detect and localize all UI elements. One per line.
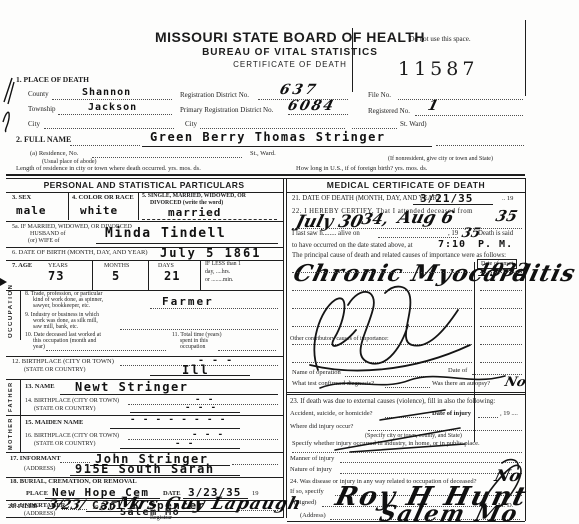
sex-value: male	[16, 205, 47, 216]
personal-particulars-header: PERSONAL AND STATISTICAL PARTICULARS	[8, 181, 280, 190]
file-no-label: File No.	[368, 92, 391, 99]
address-label: (Address)	[300, 513, 326, 520]
informant-address-value: 915E South Sarah	[75, 463, 215, 475]
death-certificate-scan: MISSOURI STATE BOARD OF HEALTH BUREAU OF…	[0, 0, 579, 524]
filed-year-value: 35	[99, 500, 119, 512]
marital-value: married	[168, 207, 221, 218]
registered-no-label: Registered No.	[368, 108, 410, 115]
birthplace-label: 12. BIRTHPLACE (CITY OR TOWN)	[12, 359, 114, 366]
father-name-label: 13. NAME	[25, 384, 55, 391]
nature-of-injury-label: Nature of injury	[290, 467, 332, 474]
registration-district-label: Registration District No.	[180, 92, 249, 99]
date-of-birth-value: July 5 1861	[160, 247, 261, 259]
age-days-value: 21	[164, 270, 180, 282]
place-of-death-section-label: 1. PLACE OF DEATH	[16, 76, 89, 84]
occupation-8-line3: sawyer, bookkeeper, etc.	[33, 304, 90, 310]
mother-birthplace-sub: (STATE OR COUNTRY)	[34, 441, 96, 447]
registrar-label: Registrar	[150, 515, 172, 521]
margin-arrow	[0, 278, 7, 286]
residence-label: (a) Residence, No.	[30, 151, 78, 158]
illegible-handwriting-line	[310, 368, 510, 394]
filed-label: 20. FILED	[8, 504, 38, 511]
signed-label: (Signed)	[294, 500, 316, 507]
filed-year-printed: 19	[92, 505, 99, 512]
primary-registration-value: 6084	[286, 99, 336, 113]
occupation-side-label: OCCUPATION	[8, 292, 14, 338]
form-subtitle-bureau: BUREAU OF VITAL STATISTICS	[140, 48, 440, 58]
birthplace-sub-label: (STATE OR COUNTRY)	[24, 367, 86, 373]
father-name-value: Newt Stringer	[75, 381, 188, 393]
do-not-use-label: Do not use this space.	[360, 36, 520, 43]
form-subtitle-certificate: CERTIFICATE OF DEATH	[140, 61, 440, 69]
signature-flourish	[440, 455, 530, 515]
color-race-label: 4. COLOR OR RACE	[72, 195, 134, 202]
right-box-line	[525, 20, 526, 96]
spouse-value: Minda Tindell	[105, 227, 226, 240]
age-years-value: 73	[48, 270, 64, 282]
occurred-label: to have occurred on the date stated abov…	[292, 243, 413, 250]
last-saw-alive-label: I last saw h........ alive on	[292, 231, 360, 238]
attended-to-year-value: 35	[494, 209, 519, 224]
st-ward-label: St. Ward)	[400, 121, 427, 128]
age-months-value: 5	[112, 270, 120, 282]
spouse-label-line2: HUSBAND of	[30, 231, 66, 237]
city-label-2: City	[185, 121, 197, 128]
time-of-death-meridiem: P. M.	[478, 240, 513, 250]
principal-cause-label: The principal cause of death and related…	[292, 253, 506, 260]
city-label: City	[28, 121, 40, 128]
county-value: Shannon	[82, 88, 131, 98]
age-note-line3: or ........min.	[205, 278, 233, 284]
township-label: Township	[28, 106, 56, 113]
mother-birthplace-label: 16. BIRTHPLACE (CITY OR TOWN)	[25, 433, 119, 439]
mother-side-label: MOTHER	[8, 416, 14, 451]
township-value: Jackson	[88, 103, 137, 113]
informant-label: 17. INFORMANT	[10, 456, 61, 463]
informant-address-label: (ADDRESS)	[24, 466, 55, 472]
sex-label: 3. SEX	[12, 195, 31, 202]
attended-from-year-value: 34,	[360, 212, 390, 227]
full-name-label: 2. FULL NAME	[16, 136, 71, 144]
nonresident-note: (If nonresident, give city or town and S…	[388, 156, 493, 162]
occupation-9-line3: saw mill, bank, etc.	[33, 325, 78, 331]
color-race-value: white	[80, 205, 118, 216]
age-note-line1: IF LESS than 1	[205, 262, 241, 268]
father-birthplace-label: 14. BIRTHPLACE (CITY OR TOWN)	[25, 398, 119, 404]
registration-district-value: 637	[278, 83, 320, 97]
mother-maiden-dashes: - - - - - - - -	[130, 416, 226, 425]
burial-label: 18. BURIAL, CREMATION, OR REMOVAL	[10, 479, 137, 486]
date-of-death-label: 21. DATE OF DEATH (MONTH, DAY, AND YEAR)	[292, 196, 439, 203]
header-divider-line	[352, 28, 353, 92]
mother-birthplace-dash1: - - -	[192, 431, 224, 440]
burial-place-label: PLACE	[26, 491, 48, 498]
certificate-number: 11587	[398, 60, 478, 79]
time-of-death-value: 7:10	[438, 240, 466, 250]
filed-date-value: 3/23/	[46, 499, 86, 512]
age-label: 7. AGE	[12, 263, 32, 270]
father-side-label: FATHER	[8, 380, 14, 414]
if-so-specify-label: If so, specify	[290, 489, 324, 496]
date-of-death-value: 3/21/35	[420, 193, 473, 204]
county-label: County	[28, 91, 49, 98]
last-saw-year-label: , 19	[448, 231, 458, 238]
full-name-value: Green Berry Thomas Stringer	[150, 131, 386, 143]
father-birthplace-sub: (STATE OR COUNTRY)	[34, 406, 96, 412]
death-is-said-label: Death is said	[478, 231, 513, 238]
date-of-death-year-label: .. 19	[502, 196, 513, 203]
length-of-residence-label: Length of residence in city or town wher…	[16, 166, 201, 173]
occupation-11-line3: occupation	[180, 345, 205, 351]
occupation-value: Farmer	[162, 296, 214, 307]
spouse-label-line3: (or) WIFE of	[28, 238, 60, 244]
residence-st-ward-label: St., Ward.	[250, 151, 276, 158]
medical-certificate-header: MEDICAL CERTIFICATE OF DEATH	[290, 181, 522, 190]
marital-label-line1: 5. SINGLE, MARRIED, WIDOWED, OR	[142, 194, 246, 200]
date-of-birth-label: 6. DATE OF BIRTH (MONTH, DAY, AND YEAR)	[12, 250, 148, 257]
manner-of-injury-label: Manner of injury	[290, 456, 334, 463]
registered-no-value: 1	[426, 99, 439, 113]
age-note-line2: day, ....hrs.	[205, 270, 230, 276]
occupation-10-line3: year)	[33, 345, 45, 351]
pen-slash-marks	[290, 400, 525, 455]
mother-maiden-label: 15. MAIDEN NAME	[25, 420, 83, 427]
primary-registration-label: Primary Registration District No.	[180, 107, 273, 114]
how-long-in-us-label: How long in U.S., if of foreign birth? y…	[296, 166, 427, 173]
attended-to-value: Aug 6	[396, 210, 455, 227]
registrar-signature: Mrs Guy Lapaugh	[116, 496, 304, 513]
